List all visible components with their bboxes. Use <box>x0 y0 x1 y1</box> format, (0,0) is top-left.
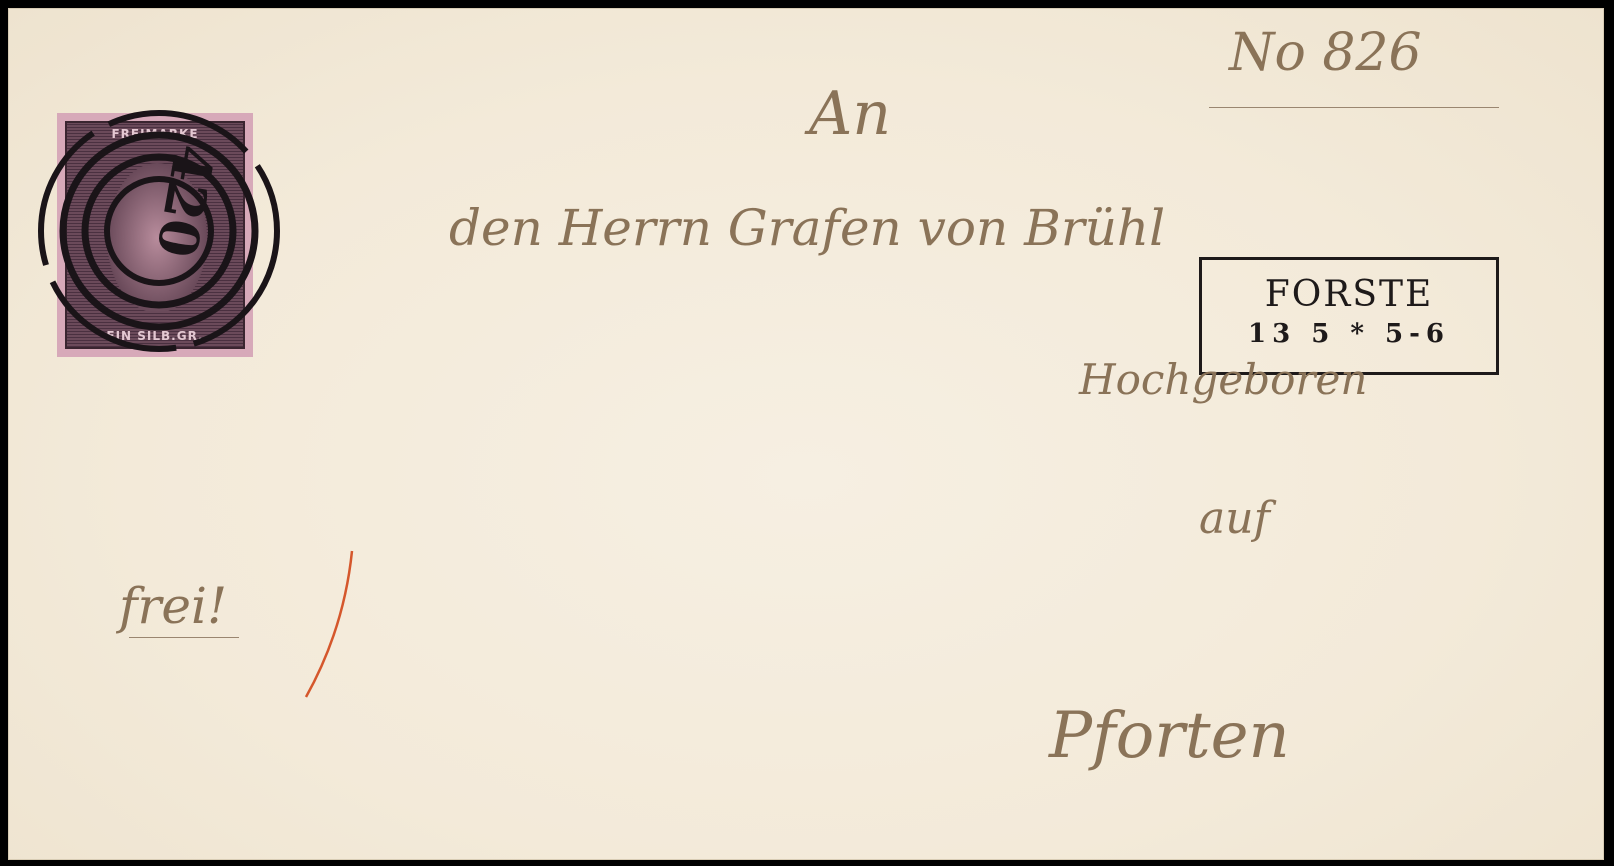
reference-underline <box>1209 107 1499 108</box>
address-line-2: Hochgeboren <box>1079 355 1367 404</box>
address-salutation: An <box>809 79 891 149</box>
reference-number: No 826 <box>1229 23 1422 83</box>
frei-marking: frei! <box>119 577 227 635</box>
address-destination: Pforten <box>1049 699 1290 773</box>
postal-cover: No 826 FREIMARKE EIN SILB.GR. 420 An den… <box>8 8 1604 860</box>
frei-underline <box>129 637 239 638</box>
postmark-date: 13 5 * 5-6 <box>1202 319 1496 349</box>
address-line-3: auf <box>1199 493 1270 544</box>
address-line-1: den Herrn Grafen von Brühl <box>449 199 1165 257</box>
red-crayon-stroke <box>304 549 364 699</box>
postmark-town: FORSTE <box>1202 274 1496 315</box>
